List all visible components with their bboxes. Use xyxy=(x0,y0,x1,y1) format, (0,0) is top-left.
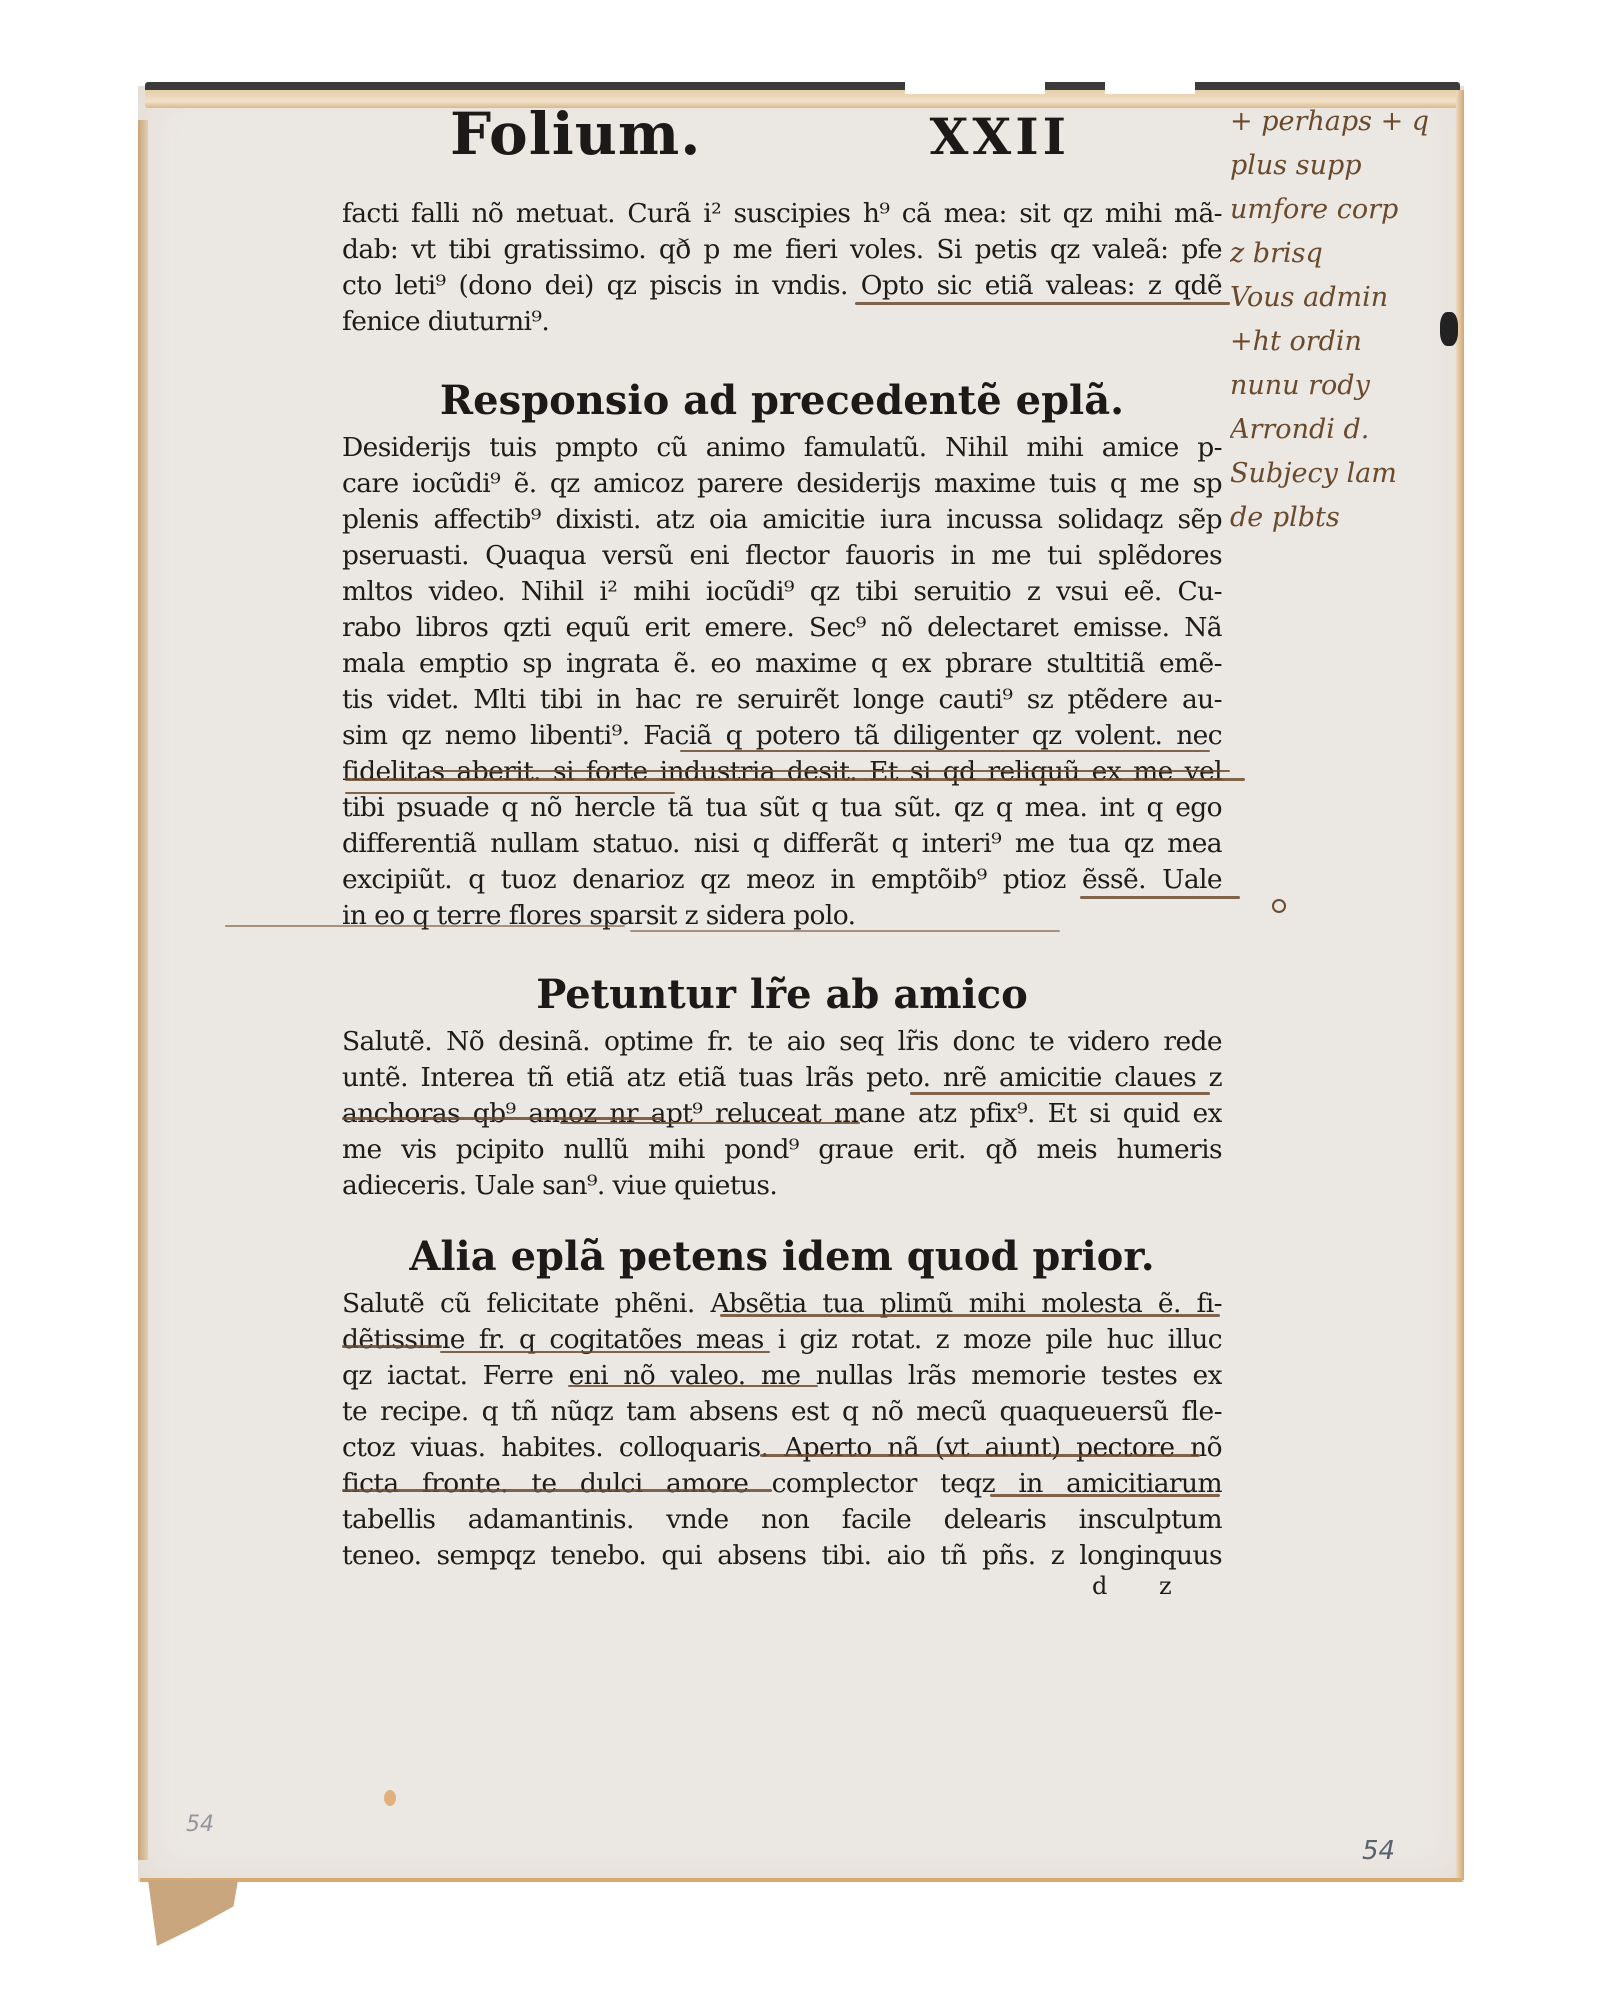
ink-underline xyxy=(342,1117,662,1120)
section-responsio: Responsio ad precedentẽ eplã. Desiderijs… xyxy=(342,372,1222,934)
ink-circle-mark xyxy=(1272,899,1286,913)
ink-underline xyxy=(680,750,1210,752)
text-line: untẽ. Interea tñ etiã atz etiã tuas lrãs… xyxy=(342,1060,1222,1096)
text-line: sim qz nemo libenti⁹. Faciã q potero tã … xyxy=(342,718,1222,754)
ink-underline xyxy=(342,1489,772,1492)
section-heading: Petuntur lr̃e ab amico xyxy=(342,966,1222,1024)
ink-underline xyxy=(342,1345,442,1348)
text-line: facti falli nõ metuat. Curã i² suscipies… xyxy=(342,196,1222,232)
ink-underline xyxy=(560,1122,860,1124)
marginal-line: +ht ordin xyxy=(1230,320,1470,364)
pencil-note-left: 54 xyxy=(186,1812,214,1837)
text-line: plenis affectib⁹ dixisti. atz oia amicit… xyxy=(342,502,1222,538)
marginal-line: Subjecy lam xyxy=(1230,452,1470,496)
signature-mark: d z xyxy=(1092,1572,1194,1600)
page-edge-left xyxy=(138,120,148,1860)
marginal-line: plus supp xyxy=(1230,144,1470,188)
text-line: qz iactat. Ferre eni nõ valeo. me nullas… xyxy=(342,1358,1222,1394)
ink-underline xyxy=(225,925,625,927)
text-line: ctoz viuas. habites. colloquaris. Aperto… xyxy=(342,1430,1222,1466)
text-line: cto leti⁹ (dono dei) qz piscis in vndis.… xyxy=(342,268,1222,304)
marginal-line: Arrondi d. xyxy=(1230,408,1470,452)
torn-corner xyxy=(148,1880,238,1946)
marginal-line: Vous admin xyxy=(1230,276,1470,320)
text-line: in eo q terre flores sparsit z sidera po… xyxy=(342,898,1222,934)
text-line: tis videt. Mlti tibi in hac re seruirẽt … xyxy=(342,682,1222,718)
ink-blot xyxy=(1440,312,1458,346)
marginal-line: de plbts xyxy=(1230,496,1470,540)
marginal-annotations: + perhaps + q plus supp umfore corp z br… xyxy=(1230,100,1470,540)
foxing-stain xyxy=(384,1790,396,1806)
text-line: fidelitas aberit. si forte industria des… xyxy=(342,754,1222,790)
ink-underline xyxy=(910,1092,1210,1095)
text-line: tibi psuade q nõ hercle tã tua sũt q tua… xyxy=(342,790,1222,826)
text-line: anchoras qb⁹ amoz nr apt⁹ reluceat mane … xyxy=(342,1096,1222,1132)
ink-underline xyxy=(568,1385,818,1387)
text-line: care iocũdi⁹ ẽ. qz amicoz parere desider… xyxy=(342,466,1222,502)
text-line: fenice diuturni⁹. xyxy=(342,304,1222,340)
pencil-note-right: 54 xyxy=(1362,1836,1395,1866)
ink-underline xyxy=(345,778,1245,781)
text-line: differentiã nullam statuo. nisi q differ… xyxy=(342,826,1222,862)
ink-underline xyxy=(440,1351,770,1353)
section-heading: Responsio ad precedentẽ eplã. xyxy=(342,372,1222,430)
ink-underline xyxy=(855,302,1230,305)
ink-underline xyxy=(630,930,1060,932)
section-alia-epla: Alia eplã petens idem quod prior. Salutẽ… xyxy=(342,1228,1222,1574)
running-header: Folium. XXII xyxy=(450,100,1070,170)
text-line: me vis pcipito nullũ mihi pond⁹ graue er… xyxy=(342,1132,1222,1168)
text-line: Desiderijs tuis pmpto cũ animo famulatũ.… xyxy=(342,430,1222,466)
marginal-line: umfore corp xyxy=(1230,188,1470,232)
text-line: mltos video. Nihil i² mihi iocũdi⁹ qz ti… xyxy=(342,574,1222,610)
text-line: excipiũt. q tuoz denarioz qz meoz in emp… xyxy=(342,862,1222,898)
text-line: mala emptio sp ingrata ẽ. eo maxime q ex… xyxy=(342,646,1222,682)
ink-underline xyxy=(720,1314,1220,1317)
marginal-line: + perhaps + q xyxy=(1230,100,1470,144)
ink-underline xyxy=(345,792,675,794)
ink-underline xyxy=(990,1494,1220,1497)
running-title: Folium. xyxy=(450,100,702,168)
section-heading: Alia eplã petens idem quod prior. xyxy=(342,1228,1222,1286)
text-line: pseruasti. Quaqua versũ eni flector fauo… xyxy=(342,538,1222,574)
text-line: teneo. sempqz tenebo. qui absens tibi. a… xyxy=(342,1538,1222,1574)
text-line: Salutẽ. Nõ desinã. optime fr. te aio seq… xyxy=(342,1024,1222,1060)
page-edge-bottom xyxy=(140,1878,1462,1882)
text-line: adieceris. Uale san⁹. viue quietus. xyxy=(342,1168,1222,1204)
folio-number: XXII xyxy=(930,107,1070,166)
marginal-line: z brisq xyxy=(1230,232,1470,276)
text-line: tabellis adamantinis. vnde non facile de… xyxy=(342,1502,1222,1538)
text-line: te recipe. q tñ nũqz tam absens est q nõ… xyxy=(342,1394,1222,1430)
marginal-line: nunu rody xyxy=(1230,364,1470,408)
ink-underline xyxy=(1080,896,1240,899)
text-line: dab: vt tibi gratissimo. qð p me fieri v… xyxy=(342,232,1222,268)
text-block-continuation: facti falli nõ metuat. Curã i² suscipies… xyxy=(342,196,1222,340)
ink-underline xyxy=(430,770,1230,772)
text-line: rabo libros qzti equũ erit emere. Sec⁹ n… xyxy=(342,610,1222,646)
section-petuntur: Petuntur lr̃e ab amico Salutẽ. Nõ desinã… xyxy=(342,966,1222,1204)
ink-underline xyxy=(760,1454,1200,1457)
